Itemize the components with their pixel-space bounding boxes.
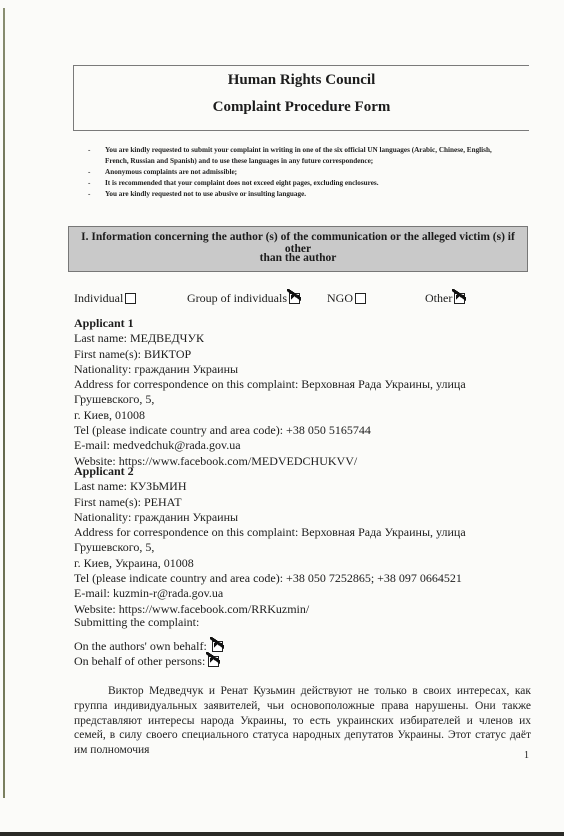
instruction-item: - Anonymous complaints are not admissibl…: [88, 167, 528, 178]
bullet-dash: -: [88, 145, 90, 156]
email: E-mail: kuzmin-r@rada.gov.ua: [74, 586, 534, 601]
behalf-options: On the authors' own behalf: On behalf of…: [74, 639, 223, 669]
checkbox-unchecked-icon[interactable]: [125, 293, 136, 304]
option-label: Individual: [74, 291, 123, 306]
last-name: Last name: КУЗЬМИН: [74, 479, 534, 494]
form-title: Human Rights Council: [74, 72, 529, 89]
option-ngo[interactable]: NGO: [327, 291, 366, 306]
instruction-text: You are kindly requested to submit your …: [105, 146, 492, 154]
option-own-behalf[interactable]: On the authors' own behalf:: [74, 639, 223, 654]
option-label: Group of individuals: [187, 291, 287, 306]
address-line-2: г. Киев, Украина, 01008: [74, 556, 534, 571]
bullet-dash: -: [88, 189, 90, 200]
option-other[interactable]: Other: [425, 291, 465, 306]
bullet-dash: -: [88, 167, 90, 178]
scan-edge-bottom: [0, 832, 564, 836]
option-label: NGO: [327, 291, 353, 306]
first-name: First name(s): РЕНАТ: [74, 495, 534, 510]
option-group-of-individuals[interactable]: Group of individuals: [187, 291, 300, 306]
option-other-persons[interactable]: On behalf of other persons:: [74, 654, 223, 669]
checkbox-checked-icon[interactable]: [454, 293, 465, 304]
instruction-text: It is recommended that your complaint do…: [105, 179, 379, 187]
nationality: Nationality: гражданин Украины: [74, 362, 534, 377]
address-line-2: г. Киев, 01008: [74, 408, 534, 423]
instruction-text: Anonymous complaints are not admissible;: [105, 168, 237, 176]
form-subtitle: Complaint Procedure Form: [74, 99, 529, 116]
checkbox-unchecked-icon[interactable]: [355, 293, 366, 304]
body-paragraph: Виктор Медведчук и Ренат Кузьмин действу…: [74, 684, 531, 758]
first-name: First name(s): ВИКТОР: [74, 347, 534, 362]
form-title-box: Human Rights Council Complaint Procedure…: [73, 65, 529, 131]
address-line-1: Address for correspondence on this compl…: [74, 525, 534, 556]
instruction-item: - You are kindly requested not to use ab…: [88, 189, 528, 200]
applicant-2-block: Applicant 2 Last name: КУЗЬМИН First nam…: [74, 464, 534, 617]
option-label: On behalf of other persons:: [74, 654, 205, 669]
applicant-heading: Applicant 1: [74, 316, 534, 331]
last-name: Last name: МЕДВЕДЧУК: [74, 331, 534, 346]
address-line-1: Address for correspondence on this compl…: [74, 377, 534, 408]
section-header: I. Information concerning the author (s)…: [68, 226, 528, 272]
checkbox-checked-icon[interactable]: [212, 641, 223, 652]
bullet-dash: -: [88, 178, 90, 189]
instruction-text-continued: French, Russian and Spanish) and to use …: [105, 156, 528, 167]
telephone: Tel (please indicate country and area co…: [74, 571, 534, 586]
applicant-heading: Applicant 2: [74, 464, 534, 479]
checkbox-checked-icon[interactable]: [289, 293, 300, 304]
instruction-item: - It is recommended that your complaint …: [88, 178, 528, 189]
section-title-line2: than the author: [69, 252, 527, 264]
submitting-label: Submitting the complaint:: [74, 615, 199, 630]
option-individual[interactable]: Individual: [74, 291, 136, 306]
instructions-list: - You are kindly requested to submit you…: [88, 145, 528, 200]
telephone: Tel (please indicate country and area co…: [74, 423, 534, 438]
page-number: 1: [524, 750, 529, 761]
email: E-mail: medvedchuk@rada.gov.ua: [74, 438, 534, 453]
option-label: Other: [425, 291, 452, 306]
instruction-text: You are kindly requested not to use abus…: [105, 190, 306, 198]
checkbox-checked-icon[interactable]: [208, 656, 219, 667]
option-label: On the authors' own behalf:: [74, 639, 207, 654]
scan-edge-left: [3, 8, 5, 798]
nationality: Nationality: гражданин Украины: [74, 510, 534, 525]
applicant-1-block: Applicant 1 Last name: МЕДВЕДЧУК First n…: [74, 316, 534, 469]
instruction-item: - You are kindly requested to submit you…: [88, 145, 528, 167]
